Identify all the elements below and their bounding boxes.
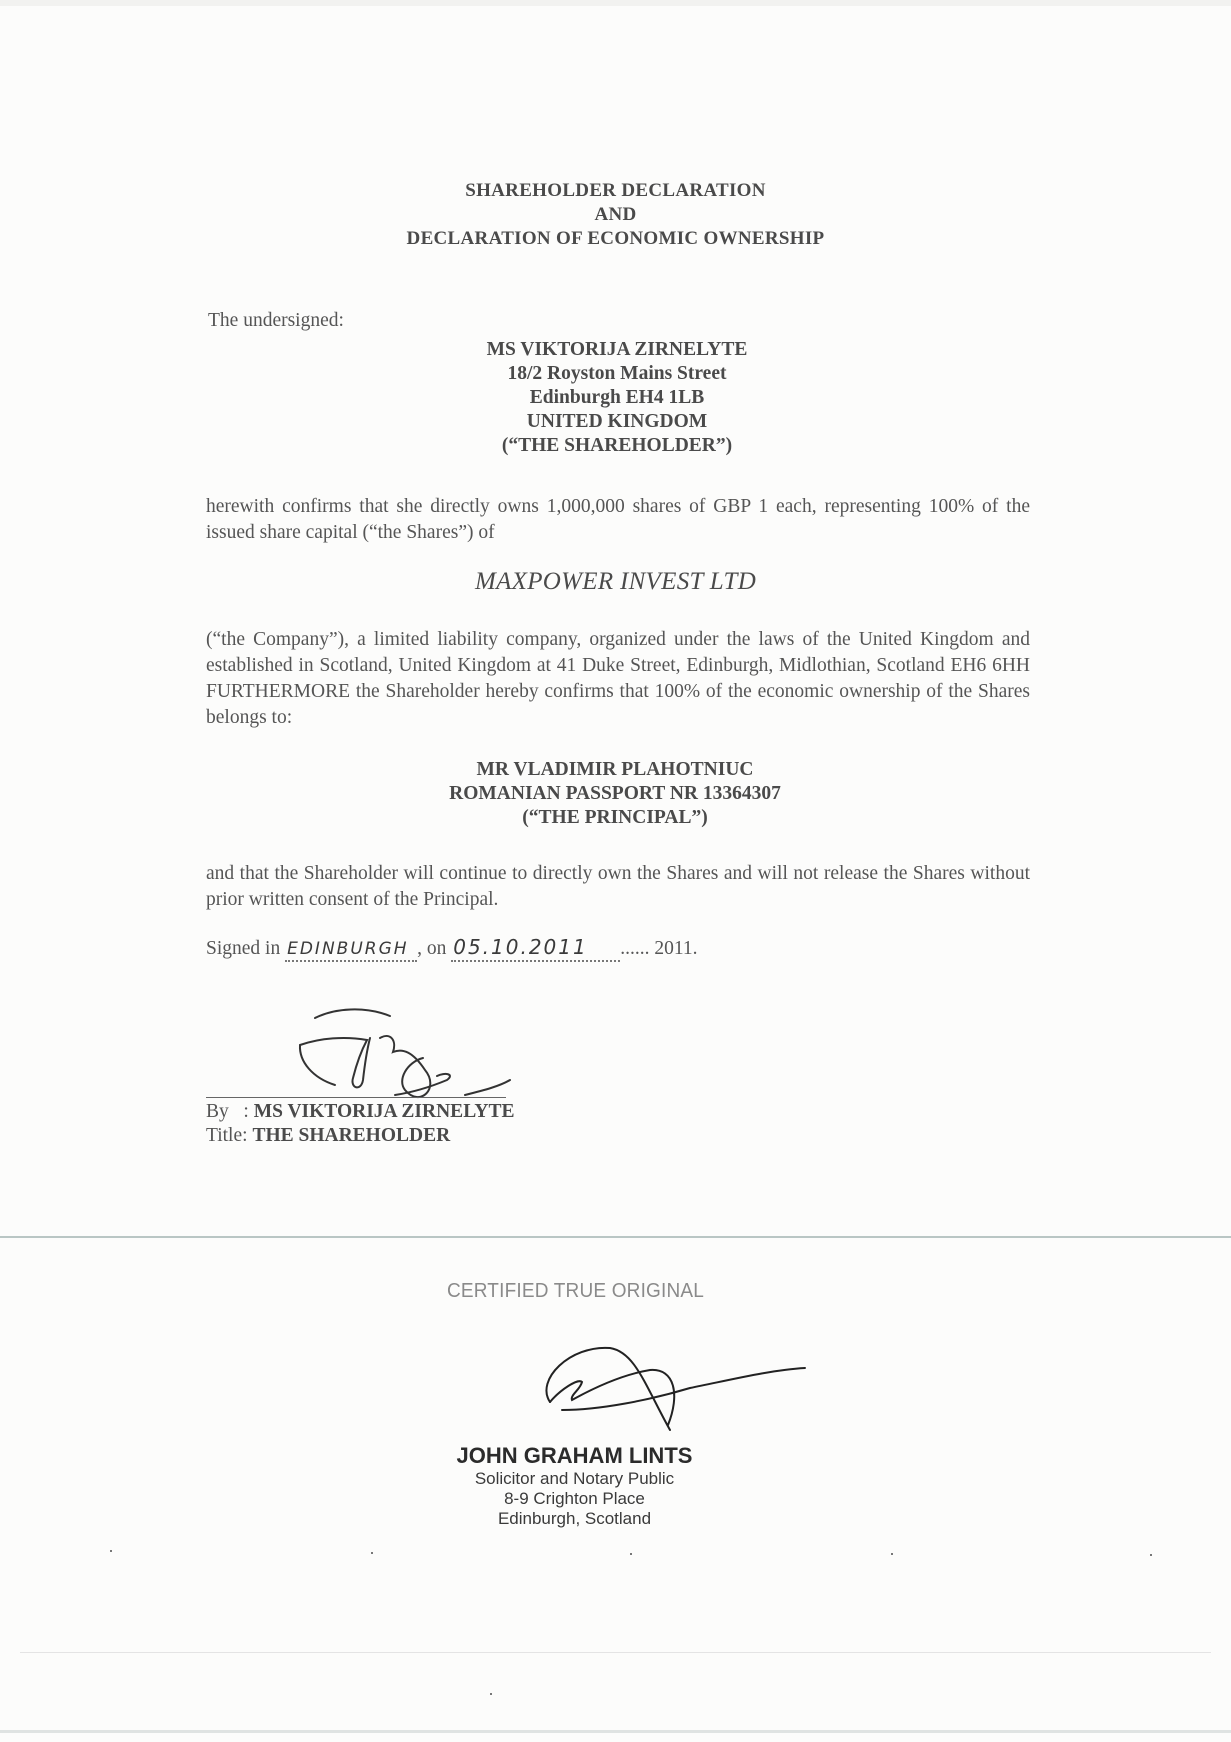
scan-speck xyxy=(110,1550,112,1552)
scan-edge-bottom xyxy=(0,1730,1231,1733)
signed-place-handwritten: EDINBURGH xyxy=(287,939,408,959)
principal-designation: (“THE PRINCIPAL”) xyxy=(400,806,830,830)
by-value: MS VIKTORIJA ZIRNELYTE xyxy=(254,1101,515,1122)
shareholder-address-1: 18/2 Royston Mains Street xyxy=(452,362,782,386)
scan-speck xyxy=(630,1553,632,1555)
principal-passport: ROMANIAN PASSPORT NR 13364307 xyxy=(400,782,830,806)
scan-edge xyxy=(0,0,1231,6)
document-title: SHAREHOLDER DECLARATION AND DECLARATION … xyxy=(0,179,1231,251)
signed-prefix: Signed in xyxy=(206,938,280,959)
notary-address-1: 8-9 Crighton Place xyxy=(0,1489,1190,1509)
paragraph-company: (“the Company”), a limited liability com… xyxy=(206,627,1030,731)
shareholder-country: UNITED KINGDOM xyxy=(452,410,782,434)
title-label: Title: xyxy=(206,1125,248,1146)
notary-signature xyxy=(540,1340,820,1440)
scan-speck xyxy=(371,1552,373,1554)
shareholder-address-2: Edinburgh EH4 1LB xyxy=(452,386,782,410)
notary-stamp: JOHN GRAHAM LINTS Solicitor and Notary P… xyxy=(0,1443,1190,1529)
principal-block: MR VLADIMIR PLAHOTNIUC ROMANIAN PASSPORT… xyxy=(400,758,830,830)
notary-address-2: Edinburgh, Scotland xyxy=(0,1509,1190,1529)
title-row: Title: THE SHAREHOLDER xyxy=(206,1124,515,1148)
company-name: MAXPOWER INVEST LTD xyxy=(0,568,1231,596)
title-line-3: DECLARATION OF ECONOMIC OWNERSHIP xyxy=(0,227,1231,251)
title-line-1: SHAREHOLDER DECLARATION xyxy=(0,179,1231,203)
title-value: THE SHAREHOLDER xyxy=(252,1125,450,1146)
notary-role: Solicitor and Notary Public xyxy=(0,1469,1190,1489)
signed-date-field: 05.10.2011 xyxy=(451,935,620,962)
scan-speck xyxy=(891,1553,893,1555)
signed-line: Signed in EDINBURGH, on 05.10.2011......… xyxy=(206,935,698,962)
signed-mid: , on xyxy=(417,938,446,959)
signed-suffix: ...... 2011. xyxy=(620,938,697,959)
signature-block: By : MS VIKTORIJA ZIRNELYTE Title: THE S… xyxy=(206,1100,515,1148)
title-line-2: AND xyxy=(0,203,1231,227)
scan-speck xyxy=(490,1693,492,1695)
shareholder-designation: (“THE SHAREHOLDER”) xyxy=(452,434,782,458)
notary-name: JOHN GRAHAM LINTS xyxy=(0,1443,1190,1469)
shareholder-name: MS VIKTORIJA ZIRNELYTE xyxy=(452,338,782,362)
signed-place-field: EDINBURGH xyxy=(285,938,417,962)
scan-faint-line xyxy=(20,1652,1211,1653)
signed-by-row: By : MS VIKTORIJA ZIRNELYTE xyxy=(206,1100,515,1124)
paragraph-undertaking: and that the Shareholder will continue t… xyxy=(206,861,1030,913)
certified-stamp: CERTIFIED TRUE ORIGINAL xyxy=(0,1280,1160,1303)
intro-text: The undersigned: xyxy=(208,310,344,332)
by-label: By : xyxy=(206,1101,249,1122)
signature-line xyxy=(206,1097,506,1098)
paragraph-ownership: herewith confirms that she directly owns… xyxy=(206,494,1030,546)
scan-speck xyxy=(1150,1554,1152,1556)
signed-date-handwritten: 05.10.2011 xyxy=(453,935,588,959)
section-divider xyxy=(0,1236,1231,1238)
shareholder-signature xyxy=(295,1000,545,1100)
document-page: SHAREHOLDER DECLARATION AND DECLARATION … xyxy=(0,0,1231,1742)
principal-name: MR VLADIMIR PLAHOTNIUC xyxy=(400,758,830,782)
shareholder-block: MS VIKTORIJA ZIRNELYTE 18/2 Royston Main… xyxy=(452,338,782,458)
